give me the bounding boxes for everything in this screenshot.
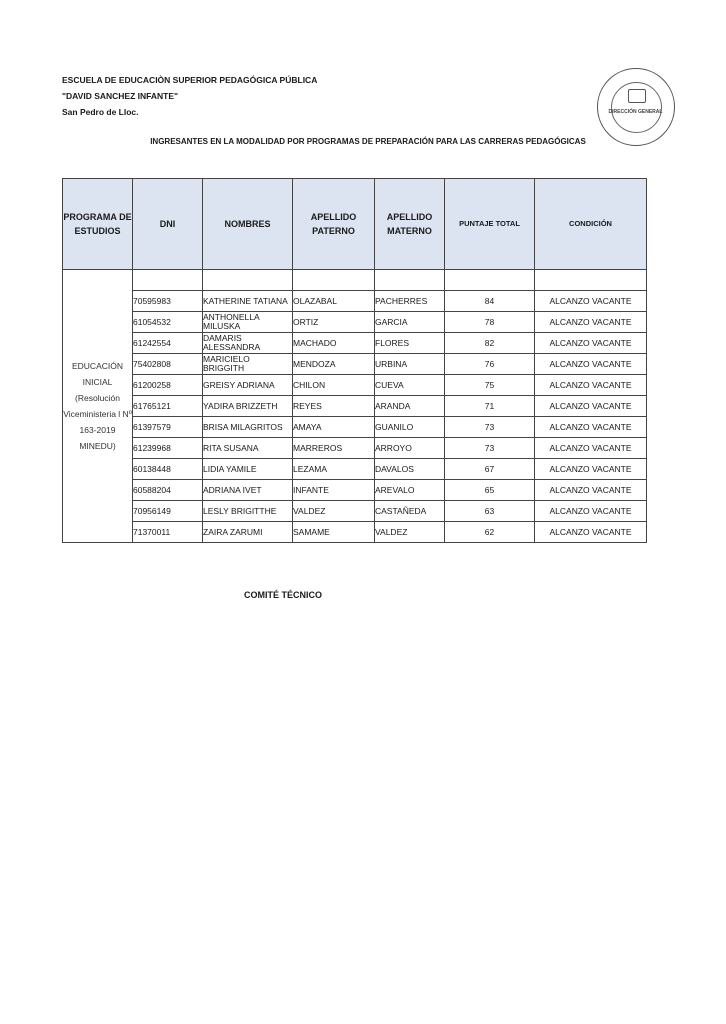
table-row: 70956149LESLY BRIGITTHEVALDEZCASTAÑEDA63…: [63, 501, 647, 522]
header-dni: DNI: [133, 179, 203, 270]
nombres-cell: ZAIRA ZARUMI: [203, 522, 293, 543]
seal-text: DIRECCIÓN GENERAL: [598, 109, 673, 115]
condicion-cell: ALCANZO VACANTE: [535, 354, 647, 375]
spacer-row: EDUCACIÓN INICIAL (Resolución Viceminist…: [63, 270, 647, 291]
institution-header: ESCUELA DE EDUCACIÒN SUPERIOR PEDAGÓGICA…: [62, 72, 317, 120]
apellido-materno-cell: PACHERRES: [375, 291, 445, 312]
condicion-cell: ALCANZO VACANTE: [535, 480, 647, 501]
header-condicion: CONDICIÓN: [535, 179, 647, 270]
institution-location: San Pedro de Lloc.: [62, 104, 317, 120]
apellido-materno-cell: GARCIA: [375, 312, 445, 333]
puntaje-cell: 82: [445, 333, 535, 354]
dni-cell: 75402808: [133, 354, 203, 375]
header-apellido-materno: APELLIDO MATERNO: [375, 179, 445, 270]
condicion-cell: ALCANZO VACANTE: [535, 333, 647, 354]
apellido-materno-cell: DAVALOS: [375, 459, 445, 480]
dni-cell: 61397579: [133, 417, 203, 438]
nombres-cell: KATHERINE TATIANA: [203, 291, 293, 312]
table-row: 70595983KATHERINE TATIANAOLAZABALPACHERR…: [63, 291, 647, 312]
dni-cell: 61765121: [133, 396, 203, 417]
puntaje-cell: 84: [445, 291, 535, 312]
nombres-cell: BRISA MILAGRITOS: [203, 417, 293, 438]
document-title: INGRESANTES EN LA MODALIDAD POR PROGRAMA…: [0, 137, 726, 146]
puntaje-cell: 78: [445, 312, 535, 333]
admissions-table: PROGRAMA DE ESTUDIOS DNI NOMBRES APELLID…: [62, 178, 647, 543]
header-puntaje-total: PUNTAJE TOTAL: [445, 179, 535, 270]
condicion-cell: ALCANZO VACANTE: [535, 417, 647, 438]
condicion-cell: ALCANZO VACANTE: [535, 312, 647, 333]
dni-cell: 61054532: [133, 312, 203, 333]
nombres-cell: ADRIANA IVET: [203, 480, 293, 501]
technical-committee-signature: COMITÉ TÉCNICO: [244, 590, 322, 600]
dni-cell: 61239968: [133, 438, 203, 459]
condicion-cell: ALCANZO VACANTE: [535, 375, 647, 396]
institution-subname: "DAVID SANCHEZ INFANTE": [62, 88, 317, 104]
table-row: 61765121YADIRA BRIZZETHREYESARANDA71ALCA…: [63, 396, 647, 417]
apellido-materno-cell: VALDEZ: [375, 522, 445, 543]
puntaje-cell: 63: [445, 501, 535, 522]
puntaje-cell: 75: [445, 375, 535, 396]
apellido-materno-cell: URBINA: [375, 354, 445, 375]
dni-cell: 70595983: [133, 291, 203, 312]
nombres-cell: YADIRA BRIZZETH: [203, 396, 293, 417]
puntaje-cell: 73: [445, 417, 535, 438]
nombres-cell: LIDIA YAMILE: [203, 459, 293, 480]
table-row: 60138448LIDIA YAMILELEZAMADAVALOS67ALCAN…: [63, 459, 647, 480]
apellido-materno-cell: ARANDA: [375, 396, 445, 417]
apellido-paterno-cell: MENDOZA: [293, 354, 375, 375]
puntaje-cell: 76: [445, 354, 535, 375]
apellido-paterno-cell: MARREROS: [293, 438, 375, 459]
condicion-cell: ALCANZO VACANTE: [535, 501, 647, 522]
condicion-cell: ALCANZO VACANTE: [535, 291, 647, 312]
dni-cell: 60138448: [133, 459, 203, 480]
apellido-paterno-cell: SAMAME: [293, 522, 375, 543]
apellido-paterno-cell: OLAZABAL: [293, 291, 375, 312]
nombres-cell: DAMARIS ALESSANDRA: [203, 333, 293, 354]
table-header-row: PROGRAMA DE ESTUDIOS DNI NOMBRES APELLID…: [63, 179, 647, 270]
condicion-cell: ALCANZO VACANTE: [535, 396, 647, 417]
apellido-paterno-cell: REYES: [293, 396, 375, 417]
nombres-cell: ANTHONELLA MILUSKA: [203, 312, 293, 333]
condicion-cell: ALCANZO VACANTE: [535, 522, 647, 543]
table-row: 75402808MARICIELO BRIGGITHMENDOZAURBINA7…: [63, 354, 647, 375]
apellido-materno-cell: CUEVA: [375, 375, 445, 396]
apellido-paterno-cell: MACHADO: [293, 333, 375, 354]
dni-cell: 61200258: [133, 375, 203, 396]
puntaje-cell: 71: [445, 396, 535, 417]
apellido-paterno-cell: INFANTE: [293, 480, 375, 501]
table-row: 61397579BRISA MILAGRITOSAMAYAGUANILO73AL…: [63, 417, 647, 438]
nombres-cell: GREISY ADRIANA: [203, 375, 293, 396]
dni-cell: 61242554: [133, 333, 203, 354]
table-row: 61239968RITA SUSANAMARREROSARROYO73ALCAN…: [63, 438, 647, 459]
dni-cell: 60588204: [133, 480, 203, 501]
condicion-cell: ALCANZO VACANTE: [535, 459, 647, 480]
puntaje-cell: 62: [445, 522, 535, 543]
apellido-materno-cell: GUANILO: [375, 417, 445, 438]
nombres-cell: LESLY BRIGITTHE: [203, 501, 293, 522]
puntaje-cell: 73: [445, 438, 535, 459]
apellido-materno-cell: FLORES: [375, 333, 445, 354]
table-row: 71370011ZAIRA ZARUMISAMAMEVALDEZ62ALCANZ…: [63, 522, 647, 543]
table-row: 61200258GREISY ADRIANACHILONCUEVA75ALCAN…: [63, 375, 647, 396]
table-row: 61054532ANTHONELLA MILUSKAORTIZGARCIA78A…: [63, 312, 647, 333]
table-row: 60588204ADRIANA IVETINFANTEAREVALO65ALCA…: [63, 480, 647, 501]
apellido-paterno-cell: VALDEZ: [293, 501, 375, 522]
table-row: 61242554DAMARIS ALESSANDRAMACHADOFLORES8…: [63, 333, 647, 354]
puntaje-cell: 65: [445, 480, 535, 501]
header-nombres: NOMBRES: [203, 179, 293, 270]
institution-name: ESCUELA DE EDUCACIÒN SUPERIOR PEDAGÓGICA…: [62, 72, 317, 88]
apellido-paterno-cell: ORTIZ: [293, 312, 375, 333]
apellido-paterno-cell: AMAYA: [293, 417, 375, 438]
apellido-paterno-cell: LEZAMA: [293, 459, 375, 480]
coat-of-arms-icon: [628, 89, 646, 103]
puntaje-cell: 67: [445, 459, 535, 480]
header-programa: PROGRAMA DE ESTUDIOS: [63, 179, 133, 270]
apellido-materno-cell: ARROYO: [375, 438, 445, 459]
dni-cell: 71370011: [133, 522, 203, 543]
header-apellido-paterno: APELLIDO PATERNO: [293, 179, 375, 270]
dni-cell: 70956149: [133, 501, 203, 522]
official-seal-stamp: DIRECCIÓN GENERAL: [597, 68, 675, 146]
nombres-cell: MARICIELO BRIGGITH: [203, 354, 293, 375]
nombres-cell: RITA SUSANA: [203, 438, 293, 459]
table-body: EDUCACIÓN INICIAL (Resolución Viceminist…: [63, 270, 647, 543]
programa-cell: EDUCACIÓN INICIAL (Resolución Viceminist…: [63, 270, 133, 543]
condicion-cell: ALCANZO VACANTE: [535, 438, 647, 459]
apellido-materno-cell: CASTAÑEDA: [375, 501, 445, 522]
apellido-materno-cell: AREVALO: [375, 480, 445, 501]
apellido-paterno-cell: CHILON: [293, 375, 375, 396]
